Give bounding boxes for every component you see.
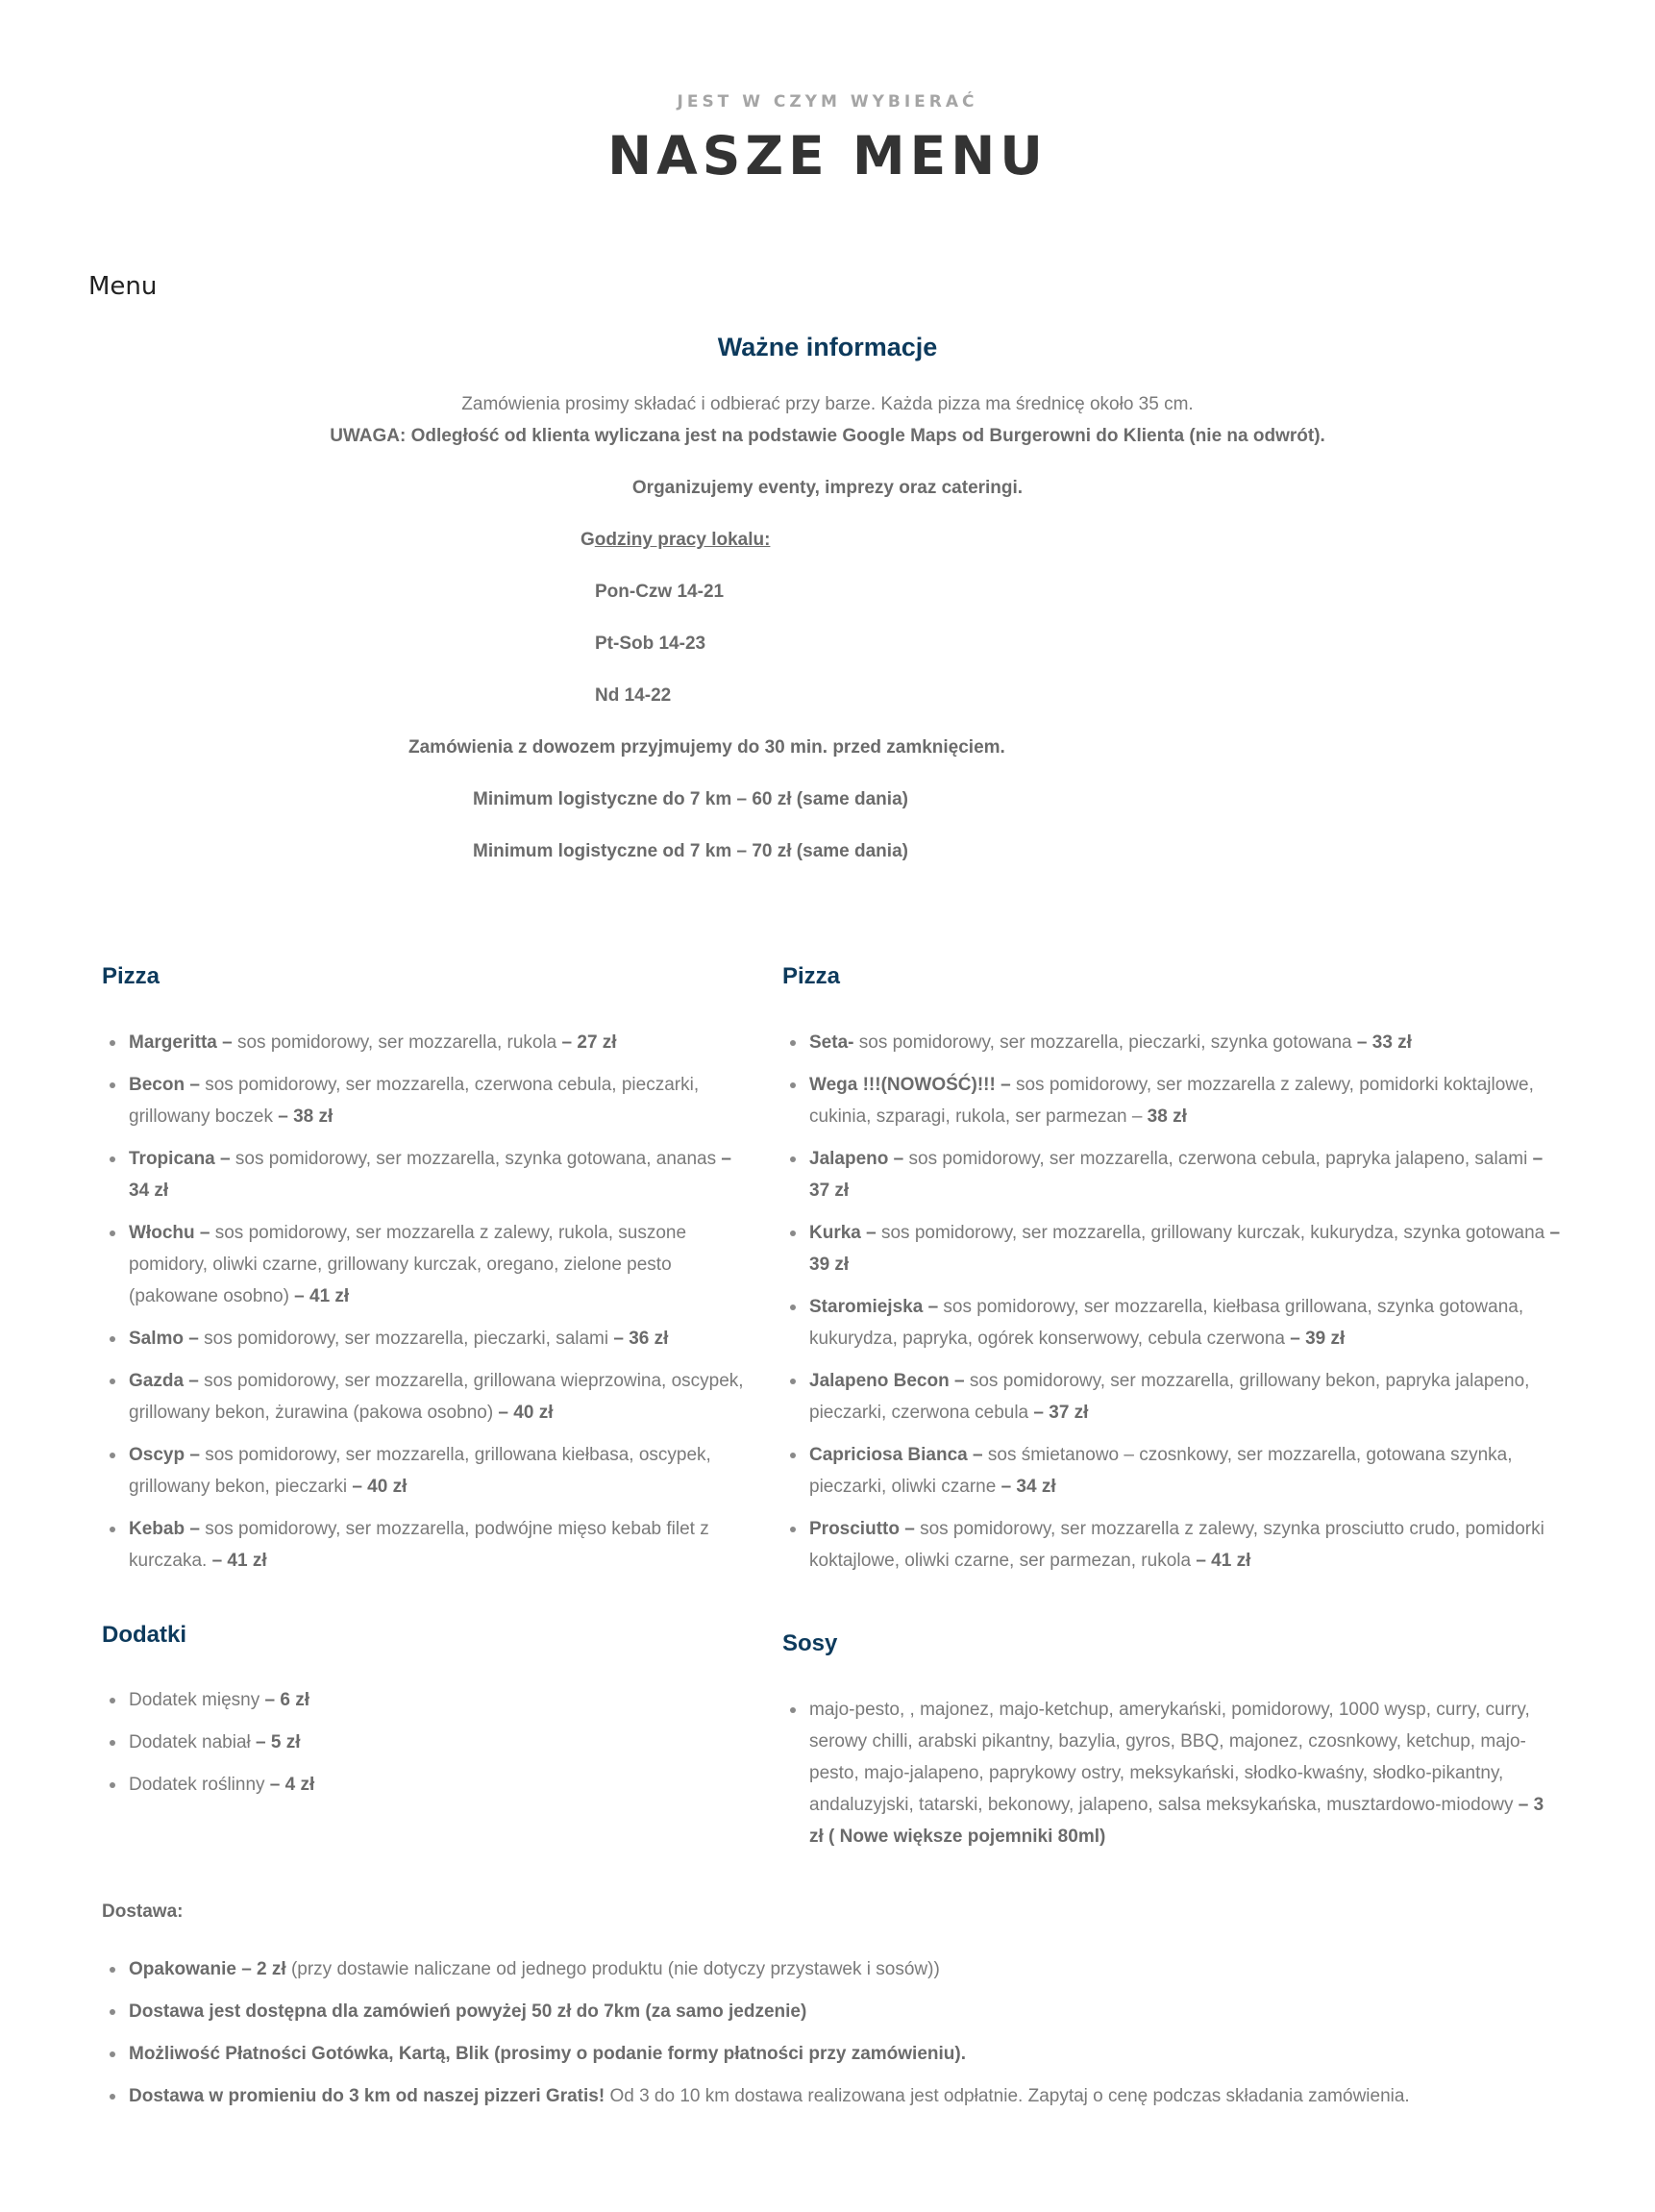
hours-label: Godziny pracy lokalu: [580, 530, 770, 551]
item-price: – 6 zł [259, 1690, 309, 1710]
pizza-list-left: Margeritta – sos pomidorowy, ser mozzare… [102, 1027, 755, 1587]
info-order-note: Zamówienia prosimy składać i odbierać pr… [0, 394, 1655, 415]
list-item: Staromiejska – sos pomidorowy, ser mozza… [782, 1291, 1561, 1355]
list-item: Włochu – sos pomidorowy, ser mozzarella … [102, 1217, 755, 1312]
list-item: Dodatek roślinny – 4 zł [102, 1769, 755, 1801]
item-name: Jalapeno Becon – [809, 1371, 970, 1391]
item-description: sos pomidorowy, ser mozzarella, szynka g… [235, 1149, 716, 1169]
delivery-info-bold: Możliwość Płatności Gotówka, Kartą, Blik… [129, 2044, 966, 2064]
list-item: Możliwość Płatności Gotówka, Kartą, Blik… [102, 2038, 1601, 2070]
hours-fri-sat: Pt-Sob 14-23 [595, 634, 705, 655]
min-logistic-under-7km: Minimum logistyczne do 7 km – 60 zł (sam… [473, 789, 908, 810]
item-price: – 41 zł [207, 1551, 266, 1571]
item-description: sos pomidorowy, ser mozzarella, czerwona… [129, 1075, 699, 1127]
list-item: Gazda – sos pomidorowy, ser mozzarella, … [102, 1365, 755, 1429]
dostawa-list: Opakowanie – 2 zł (przy dostawie nalicza… [102, 1953, 1601, 2123]
list-item: Seta- sos pomidorowy, ser mozzarella, pi… [782, 1027, 1561, 1058]
delivery-info-text: (przy dostawie naliczane od jednego prod… [286, 1959, 940, 1979]
list-item: Prosciutto – sos pomidorowy, ser mozzare… [782, 1513, 1561, 1577]
item-price: – 33 zł [1352, 1032, 1412, 1053]
list-item: majo-pesto, , majonez, majo-ketchup, ame… [782, 1694, 1561, 1852]
item-price: – 40 zł [493, 1403, 553, 1423]
item-name: Dodatek mięsny [129, 1690, 259, 1710]
item-price: – 41 zł [289, 1286, 349, 1306]
item-name: Dodatek roślinny [129, 1775, 265, 1795]
item-description: sos pomidorowy, ser mozzarella, czerwona… [909, 1149, 1528, 1169]
menu-label: Menu [88, 272, 157, 301]
delivery-cutoff: Zamówienia z dowozem przyjmujemy do 30 m… [408, 737, 1005, 758]
item-description: sos pomidorowy, ser mozzarella, pieczark… [204, 1329, 608, 1349]
sauce-names: majo-pesto, , majonez, majo-ketchup, ame… [809, 1700, 1530, 1815]
item-name: Seta- [809, 1032, 859, 1053]
hours-mon-thu: Pon-Czw 14-21 [595, 582, 724, 603]
dodatki-title: Dodatki [102, 1622, 186, 1649]
dodatki-list: Dodatek mięsny – 6 złDodatek nabiał – 5 … [102, 1684, 755, 1811]
item-name: Włochu – [129, 1223, 215, 1243]
item-description: sos pomidorowy, ser mozzarella, grillowa… [881, 1223, 1544, 1243]
list-item: Dodatek nabiał – 5 zł [102, 1727, 755, 1758]
list-item: Salmo – sos pomidorowy, ser mozzarella, … [102, 1323, 755, 1355]
pizza-right-title: Pizza [782, 963, 840, 990]
dostawa-label: Dostawa: [102, 1901, 183, 1923]
item-price: – 40 zł [347, 1477, 407, 1497]
item-name: Becon – [129, 1075, 205, 1095]
pizza-list-right: Seta- sos pomidorowy, ser mozzarella, pi… [782, 1027, 1561, 1587]
list-item: Jalapeno Becon – sos pomidorowy, ser moz… [782, 1365, 1561, 1429]
list-item: Oscyp – sos pomidorowy, ser mozzarella, … [102, 1439, 755, 1503]
item-name: Prosciutto – [809, 1519, 920, 1539]
item-name: Tropicana – [129, 1149, 235, 1169]
item-price: – 36 zł [608, 1329, 668, 1349]
item-description: sos pomidorowy, ser mozzarella z zalewy,… [809, 1519, 1544, 1571]
delivery-info-bold: Opakowanie – 2 zł [129, 1959, 286, 1979]
list-item: Dostawa jest dostępna dla zamówień powyż… [102, 1996, 1601, 2027]
section-kicker: JEST W CZYM WYBIERAĆ [0, 92, 1655, 112]
min-logistic-over-7km: Minimum logistyczne od 7 km – 70 zł (sam… [473, 841, 908, 862]
item-description: sos pomidorowy, ser mozzarella, grillowa… [129, 1371, 744, 1423]
item-name: Margeritta – [129, 1032, 237, 1053]
item-price: – 38 zł [273, 1106, 333, 1127]
item-name: Gazda – [129, 1371, 204, 1391]
list-item: Kurka – sos pomidorowy, ser mozzarella, … [782, 1217, 1561, 1280]
item-price: – 41 zł [1191, 1551, 1250, 1571]
list-item: Becon – sos pomidorowy, ser mozzarella, … [102, 1069, 755, 1132]
pizza-left-title: Pizza [102, 963, 160, 990]
list-item: Kebab – sos pomidorowy, ser mozzarella, … [102, 1513, 755, 1577]
item-price: – 5 zł [251, 1732, 301, 1752]
item-name: Staromiejska – [809, 1297, 943, 1317]
item-price: – 37 zł [1028, 1403, 1088, 1423]
info-events: Organizujemy eventy, imprezy oraz cateri… [0, 478, 1655, 499]
item-price: – 34 zł [996, 1477, 1055, 1497]
delivery-info-bold: Dostawa w promieniu do 3 km od naszej pi… [129, 2086, 605, 2106]
item-name: Kebab – [129, 1519, 205, 1539]
list-item: Dodatek mięsny – 6 zł [102, 1684, 755, 1716]
hours-sun: Nd 14-22 [595, 685, 671, 707]
item-name: Salmo – [129, 1329, 204, 1349]
info-title: Ważne informacje [0, 333, 1655, 362]
item-price: 38 zł [1142, 1106, 1186, 1127]
list-item: Jalapeno – sos pomidorowy, ser mozzarell… [782, 1143, 1561, 1206]
list-item: Opakowanie – 2 zł (przy dostawie nalicza… [102, 1953, 1601, 1985]
sosy-title: Sosy [782, 1630, 837, 1657]
list-item: Dostawa w promieniu do 3 km od naszej pi… [102, 2080, 1601, 2112]
page-title: NASZE MENU [0, 125, 1655, 186]
hours-label-rest: odziny pracy lokalu: [595, 530, 771, 550]
delivery-info-bold: Dostawa jest dostępna dla zamówień powyż… [129, 2001, 806, 2022]
item-name: Dodatek nabiał [129, 1732, 251, 1752]
list-item: Tropicana – sos pomidorowy, ser mozzarel… [102, 1143, 755, 1206]
list-item: Capriciosa Bianca – sos śmietanowo – czo… [782, 1439, 1561, 1503]
item-price: – 39 zł [1285, 1329, 1345, 1349]
item-description: sos pomidorowy, ser mozzarella, pieczark… [859, 1032, 1352, 1053]
list-item: Margeritta – sos pomidorowy, ser mozzare… [102, 1027, 755, 1058]
item-description: sos pomidorowy, ser mozzarella, grillowa… [129, 1445, 711, 1497]
item-name: Kurka – [809, 1223, 881, 1243]
item-name: Wega !!!(NOWOŚĆ)!!! – [809, 1075, 1016, 1095]
list-item: Wega !!!(NOWOŚĆ)!!! – sos pomidorowy, se… [782, 1069, 1561, 1132]
item-price: – 27 zł [556, 1032, 616, 1053]
sosy-list: majo-pesto, , majonez, majo-ketchup, ame… [782, 1694, 1561, 1863]
item-name: Oscyp – [129, 1445, 205, 1465]
item-name: Jalapeno – [809, 1149, 909, 1169]
hours-label-first: G [580, 530, 595, 550]
item-description: sos pomidorowy, ser mozzarella, rukola [237, 1032, 556, 1053]
delivery-info-text: Od 3 do 10 km dostawa realizowana jest o… [605, 2086, 1410, 2106]
item-name: Capriciosa Bianca – [809, 1445, 988, 1465]
item-price: – 4 zł [265, 1775, 315, 1795]
info-distance-warning: UWAGA: Odległość od klienta wyliczana je… [0, 426, 1655, 447]
